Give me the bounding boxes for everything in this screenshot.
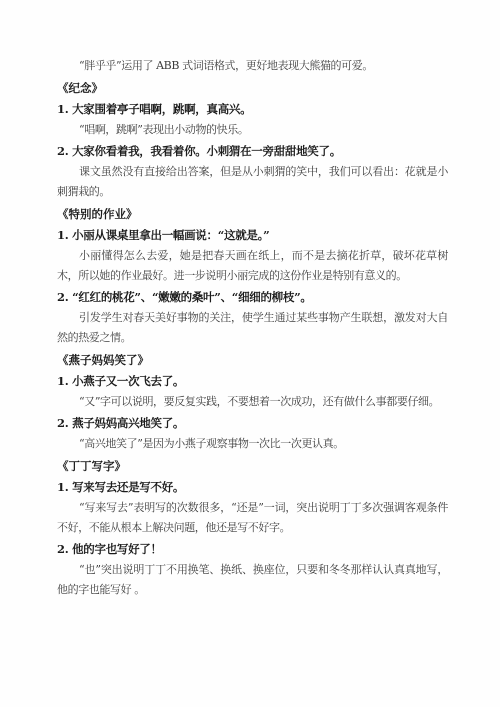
section-title: 《纪念》 (57, 78, 448, 98)
section-dingding-xiezi: 《丁丁写字》 1. 写来写去还是写不好。 “写来写去”表明写的次数很多，“还是”… (57, 456, 448, 600)
intro-paragraph: “胖乎乎”运用了 ABB 式词语格式，更好地表现大熊猫的可爱。 (57, 56, 448, 76)
section-title: 《燕子妈妈笑了》 (57, 350, 448, 370)
section-title: 《丁丁写字》 (57, 456, 448, 476)
question-item: 1. 小丽从课桌里拿出一幅画说：“这就是。” (57, 225, 448, 245)
explanation: “唱啊，跳啊”表现出小动物的快乐。 (57, 120, 448, 140)
question-item: 1. 写来写去还是写不好。 (57, 477, 448, 497)
section-title: 《特别的作业》 (57, 204, 448, 224)
document-page: “胖乎乎”运用了 ABB 式词语格式，更好地表现大熊猫的可爱。 《纪念》 1. … (0, 0, 500, 707)
section-tebie-de-zuoye: 《特别的作业》 1. 小丽从课桌里拿出一幅画说：“这就是。” 小丽懂得怎么去爱，… (57, 204, 448, 348)
explanation: 小丽懂得怎么去爱，她是把春天画在纸上，而不是去摘花折草，破坏花草树木，所以她的作… (57, 246, 448, 286)
explanation: “也”突出说明丁丁不用换笔、换纸、换座位，只要和冬冬那样认认真真地写，他的字也能… (57, 560, 448, 600)
explanation: “又”字可以说明，要反复实践，不要想着一次成功，还有做什么事都要仔细。 (57, 392, 448, 412)
explanation: 课文虽然没有直接给出答案，但是从小刺猬的笑中，我们可以看出：花就是小刺猬栽的。 (57, 162, 448, 202)
question-item: 2. 大家你看着我，我看着你。小刺猬在一旁甜甜地笑了。 (57, 141, 448, 161)
explanation: “高兴地笑了”是因为小燕子观察事物一次比一次更认真。 (57, 434, 448, 454)
question-item: 2. 他的字也写好了！ (57, 539, 448, 559)
section-jinian: 《纪念》 1. 大家围着亭子唱啊，跳啊，真高兴。 “唱啊，跳啊”表现出小动物的快… (57, 78, 448, 202)
question-item: 2. “红红的桃花”、“嫩嫩的桑叶”、“细细的柳枝”。 (57, 287, 448, 307)
section-yanzi-mama-xiaole: 《燕子妈妈笑了》 1. 小燕子又一次飞去了。 “又”字可以说明，要反复实践，不要… (57, 350, 448, 454)
question-item: 2. 燕子妈妈高兴地笑了。 (57, 413, 448, 433)
explanation: “写来写去”表明写的次数很多，“还是”一词，突出说明丁丁多次强调客观条件不好，不… (57, 498, 448, 538)
explanation: 引发学生对春天美好事物的关注，使学生通过某些事物产生联想，激发对大自然的热爱之情… (57, 308, 448, 348)
question-item: 1. 大家围着亭子唱啊，跳啊，真高兴。 (57, 99, 448, 119)
question-item: 1. 小燕子又一次飞去了。 (57, 371, 448, 391)
